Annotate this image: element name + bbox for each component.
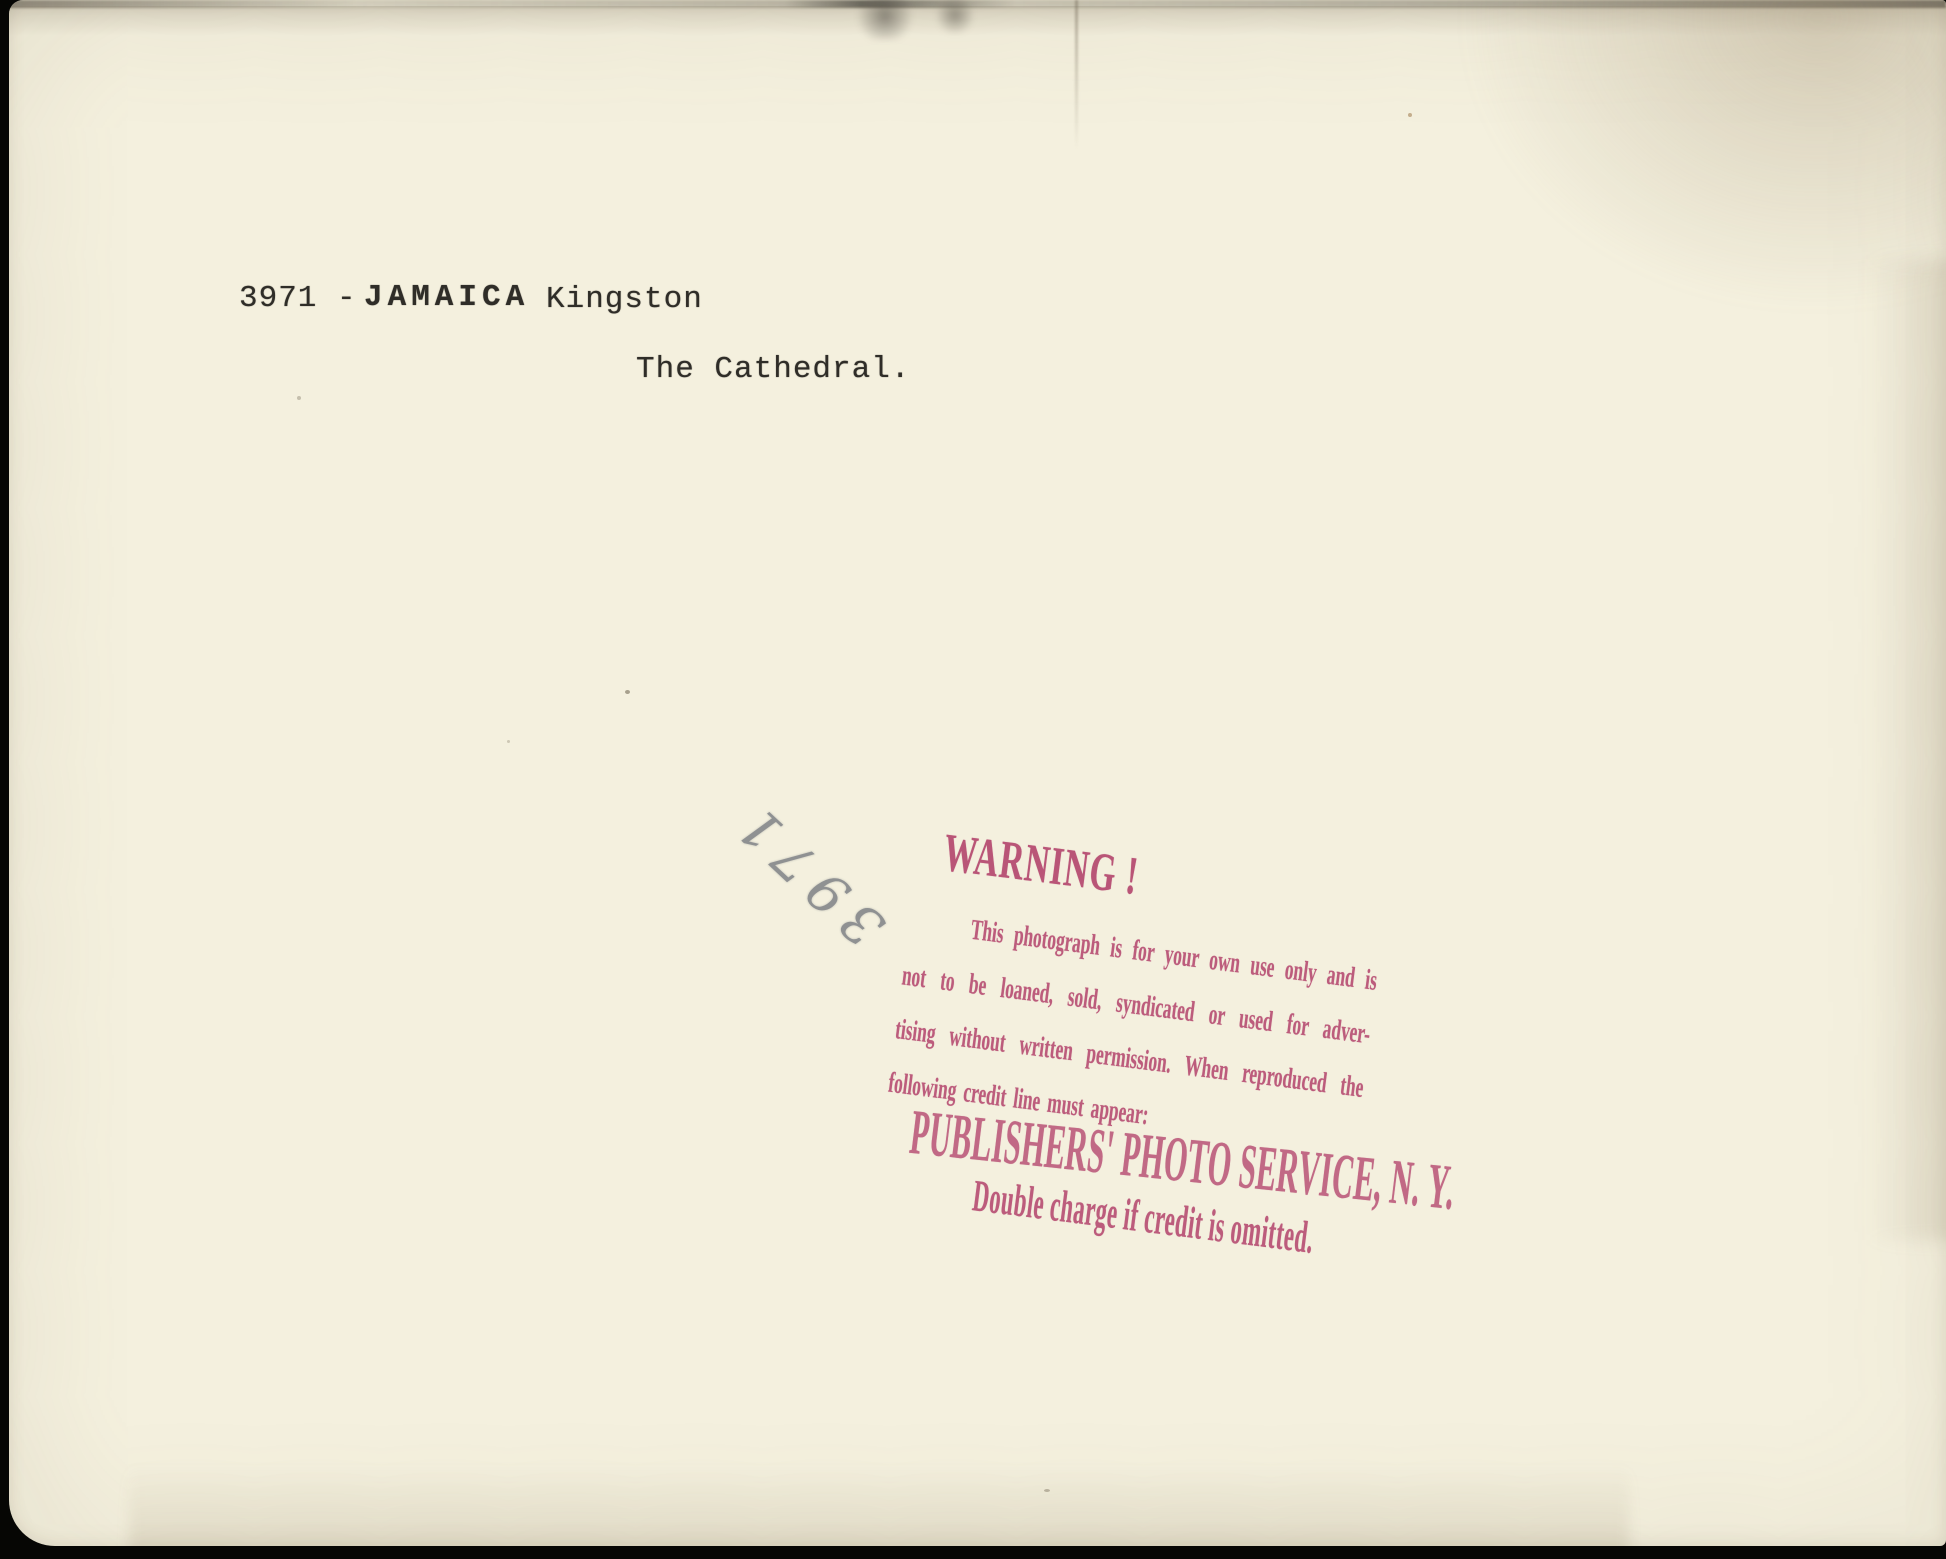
warning-stamp: WARNING ! This photograph is for your ow… [855,810,1385,1297]
city-name: Kingston [546,282,703,317]
stamp-heading: WARNING ! [940,821,1142,907]
country-name: JAMAICA [364,280,529,315]
paper-speck [1408,113,1412,117]
paper-stain-right-edge [1868,260,1946,1240]
paper-speck [1044,1489,1050,1492]
photo-card-back: 3971 - JAMAICA Kingston The Cathedral. 3… [9,0,1946,1546]
paper-smudge [937,0,973,36]
paper-crease [1075,0,1078,150]
paper-smudge [852,0,918,40]
paper-stain-bottom [129,1466,1629,1546]
catalog-number: 3971 - [239,281,357,316]
paper-speck [625,690,630,694]
paper-speck [297,396,301,400]
paper-speck [507,740,510,743]
scan-backdrop: { "photo_back": { "catalog_number": "397… [0,0,1946,1559]
photo-caption: The Cathedral. [636,352,910,387]
